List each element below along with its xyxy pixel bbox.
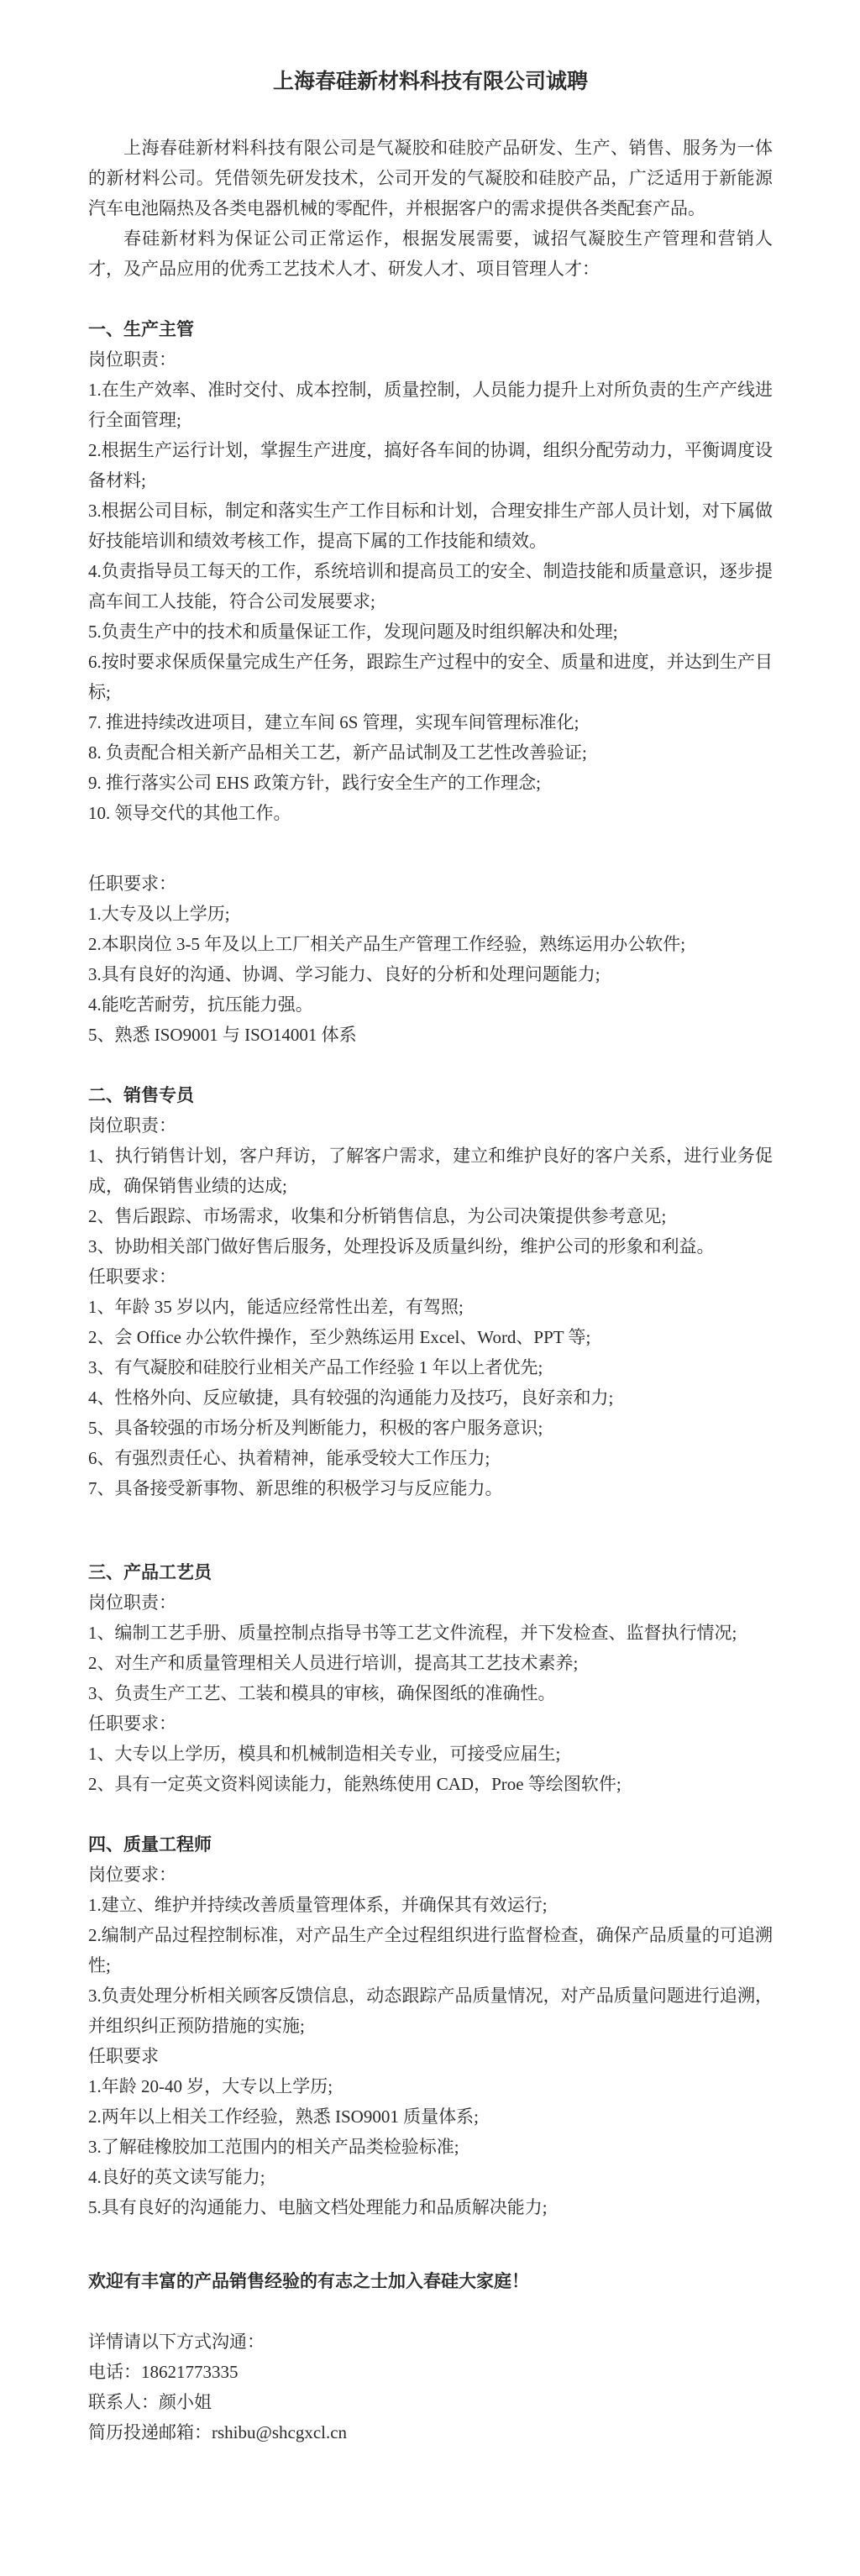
text-line: 10. 领导交代的其他工作。 [88, 798, 773, 828]
text-line: 5、熟悉 ISO9001 与 ISO14001 体系 [88, 1020, 773, 1050]
duties-list: 1、编制工艺手册、质量控制点指导书等工艺文件流程，并下发检查、监督执行情况;2、… [88, 1618, 773, 1708]
text-line: 1、大专以上学历，模具和机械制造相关专业，可接受应届生; [88, 1739, 773, 1769]
contact-person: 联系人：颜小姐 [88, 2387, 773, 2417]
text-line: 8. 负责配合相关新产品相关工艺，新产品试制及工艺性改善验证; [88, 737, 773, 768]
text-line: 2.本职岗位 3-5 年及以上工厂相关产品生产管理工作经验，熟练运用办公软件; [88, 929, 773, 959]
text-line: 2、具有一定英文资料阅读能力，能熟练使用 CAD，Proe 等绘图软件; [88, 1769, 773, 1799]
text-line: 2、售后跟踪、市场需求，收集和分析销售信息，为公司决策提供参考意见; [88, 1201, 773, 1231]
requirements-label: 任职要求： [88, 1262, 773, 1292]
text-line: 3、有气凝胶和硅胶行业相关产品工作经验 1 年以上者优先; [88, 1352, 773, 1382]
text-line: 2、对生产和质量管理相关人员进行培训，提高其工艺技术素养; [88, 1648, 773, 1678]
duties-list: 1.建立、维护并持续改善质量管理体系，并确保其有效运行;2.编制产品过程控制标准… [88, 1890, 773, 2041]
text-line: 7、具备接受新事物、新思维的积极学习与反应能力。 [88, 1473, 773, 1503]
text-line: 9. 推行落实公司 EHS 政策方针，践行安全生产的工作理念; [88, 768, 773, 798]
text-line: 1.建立、维护并持续改善质量管理体系，并确保其有效运行; [88, 1890, 773, 1920]
contact-email: 简历投递邮箱：rshibu@shcgxcl.cn [88, 2417, 773, 2447]
requirements-label: 任职要求： [88, 868, 773, 899]
text-line: 3、协助相关部门做好售后服务，处理投诉及质量纠纷，维护公司的形象和利益。 [88, 1231, 773, 1262]
section-heading: 二、销售专员 [88, 1080, 773, 1110]
duties-list: 1.在生产效率、准时交付、成本控制，质量控制，人员能力提升上对所负责的生产产线进… [88, 375, 773, 828]
duties-label: 岗位职责： [88, 344, 773, 375]
text-line: 2.根据生产运行计划，掌握生产进度，搞好各车间的协调，组织分配劳动力，平衡调度设… [88, 435, 773, 496]
requirements-list: 1、大专以上学历，模具和机械制造相关专业，可接受应届生;2、具有一定英文资料阅读… [88, 1739, 773, 1799]
text-line: 4.良好的英文读写能力; [88, 2162, 773, 2192]
text-line: 1.年龄 20-40 岁，大专以上学历; [88, 2071, 773, 2101]
text-line: 5.具有良好的沟通能力、电脑文档处理能力和品质解决能力; [88, 2192, 773, 2222]
requirements-label: 任职要求 [88, 2041, 773, 2071]
section-heading: 四、质量工程师 [88, 1829, 773, 1860]
text-line: 1.大专及以上学历; [88, 899, 773, 929]
section-process-technician: 三、产品工艺员 岗位职责： 1、编制工艺手册、质量控制点指导书等工艺文件流程，并… [88, 1557, 773, 1799]
requirements-list: 1.年龄 20-40 岁，大专以上学历;2.两年以上相关工作经验，熟悉 ISO9… [88, 2071, 773, 2222]
text-line: 1、编制工艺手册、质量控制点指导书等工艺文件流程，并下发检查、监督执行情况; [88, 1618, 773, 1648]
text-line: 1、年龄 35 岁以内，能适应经常性出差，有驾照; [88, 1292, 773, 1322]
section-production-supervisor: 一、生产主管 岗位职责： 1.在生产效率、准时交付、成本控制，质量控制，人员能力… [88, 314, 773, 1050]
closing-statement: 欢迎有丰富的产品销售经验的有志之士加入春硅大家庭！ [88, 2266, 773, 2296]
intro-paragraph-2: 春硅新材料为保证公司正常运作，根据发展需要，诚招气凝胶生产管理和营销人才，及产品… [88, 223, 773, 284]
duties-list: 1、执行销售计划，客户拜访，了解客户需求，建立和维护良好的客户关系，进行业务促成… [88, 1141, 773, 1262]
text-line: 3、负责生产工艺、工装和模具的审核，确保图纸的准确性。 [88, 1678, 773, 1708]
requirements-list: 1、年龄 35 岁以内，能适应经常性出差，有驾照;2、会 Office 办公软件… [88, 1292, 773, 1503]
text-line: 4.负责指导员工每天的工作，系统培训和提高员工的安全、制造技能和质量意识，逐步提… [88, 556, 773, 616]
contact-intro: 详情请以下方式沟通： [88, 2327, 773, 2357]
text-line: 6.按时要求保质保量完成生产任务，跟踪生产过程中的安全、质量和进度，并达到生产目… [88, 647, 773, 707]
company-intro: 上海春硅新材料科技有限公司是气凝胶和硅胶产品研发、生产、销售、服务为一体的新材料… [88, 133, 773, 284]
requirements-list: 1.大专及以上学历;2.本职岗位 3-5 年及以上工厂相关产品生产管理工作经验，… [88, 899, 773, 1050]
section-heading: 一、生产主管 [88, 314, 773, 344]
text-line: 1.在生产效率、准时交付、成本控制，质量控制，人员能力提升上对所负责的生产产线进… [88, 375, 773, 435]
text-line: 2.两年以上相关工作经验，熟悉 ISO9001 质量体系; [88, 2101, 773, 2132]
text-line: 6、有强烈责任心、执着精神，能承受较大工作压力; [88, 1443, 773, 1473]
duties-label: 岗位职责： [88, 1587, 773, 1618]
text-line: 5、具备较强的市场分析及判断能力，积极的客户服务意识; [88, 1413, 773, 1443]
text-line: 5.负责生产中的技术和质量保证工作，发现问题及时组织解决和处理; [88, 616, 773, 647]
duties-label: 岗位要求： [88, 1860, 773, 1890]
text-line: 2、会 Office 办公软件操作，至少熟练运用 Excel、Word、PPT … [88, 1322, 773, 1352]
section-quality-engineer: 四、质量工程师 岗位要求： 1.建立、维护并持续改善质量管理体系，并确保其有效运… [88, 1829, 773, 2222]
text-line: 4、性格外向、反应敏捷，具有较强的沟通能力及技巧，良好亲和力; [88, 1382, 773, 1413]
section-heading: 三、产品工艺员 [88, 1557, 773, 1587]
job-posting-document: 上海春硅新材料科技有限公司诚聘 上海春硅新材料科技有限公司是气凝胶和硅胶产品研发… [0, 0, 860, 2576]
text-line: 3.根据公司目标，制定和落实生产工作目标和计划，合理安排生产部人员计划，对下属做… [88, 496, 773, 556]
section-sales-specialist: 二、销售专员 岗位职责： 1、执行销售计划，客户拜访，了解客户需求，建立和维护良… [88, 1080, 773, 1503]
contact-phone: 电话：18621773335 [88, 2357, 773, 2387]
document-title: 上海春硅新材料科技有限公司诚聘 [88, 66, 773, 99]
text-line: 1、执行销售计划，客户拜访，了解客户需求，建立和维护良好的客户关系，进行业务促成… [88, 1141, 773, 1201]
text-line: 3.具有良好的沟通、协调、学习能力、良好的分析和处理问题能力; [88, 959, 773, 989]
text-line: 2.编制产品过程控制标准，对产品生产全过程组织进行监督检查，确保产品质量的可追溯… [88, 1920, 773, 1981]
requirements-label: 任职要求： [88, 1708, 773, 1739]
text-line: 3.了解硅橡胶加工范围内的相关产品类检验标准; [88, 2132, 773, 2162]
text-line: 7. 推进持续改进项目，建立车间 6S 管理，实现车间管理标准化; [88, 707, 773, 737]
text-line: 4.能吃苦耐劳，抗压能力强。 [88, 989, 773, 1020]
duties-label: 岗位职责： [88, 1110, 773, 1141]
intro-paragraph-1: 上海春硅新材料科技有限公司是气凝胶和硅胶产品研发、生产、销售、服务为一体的新材料… [88, 133, 773, 223]
text-line: 3.负责处理分析相关顾客反馈信息，动态跟踪产品质量情况，对产品质量问题进行追溯，… [88, 1981, 773, 2041]
contact-block: 详情请以下方式沟通： 电话：18621773335 联系人：颜小姐 简历投递邮箱… [88, 2327, 773, 2447]
